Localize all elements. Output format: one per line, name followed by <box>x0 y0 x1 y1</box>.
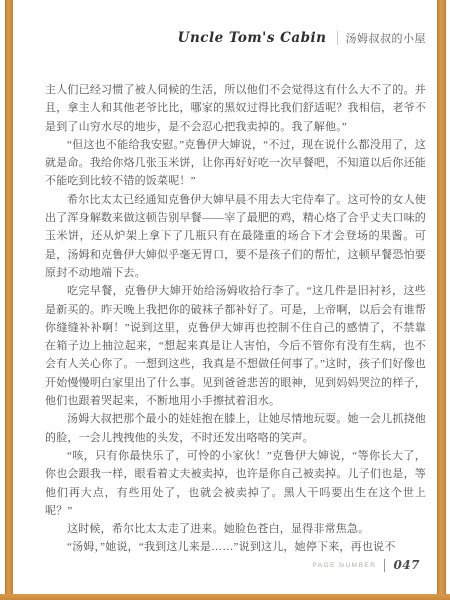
paragraph-1: 主人们已经习惯了被人伺候的生活，所以他们不会觉得这有什么大不了的。并且，拿主人和… <box>45 81 426 136</box>
header-divider <box>337 31 338 45</box>
paragraph-7: 这时候，希尔比太太走了进来。她脸色苍白，显得非常焦急。 <box>45 520 426 538</box>
page-header: Uncle Tom's Cabin 汤姆叔叔的小屋 <box>178 30 426 46</box>
paragraph-4: 吃完早餐，克鲁伊大婶开始给汤姆收拾行李了。“这几件是旧衬衫，这些是新买的。昨天晚… <box>45 282 426 410</box>
page-number-label: PAGE NUMBER <box>312 562 376 569</box>
book-title-english: Uncle Tom's Cabin <box>178 30 327 46</box>
paragraph-2: “但这也不能给我安慰。”克鲁伊大婶说，“不过，现在说什么都没用了，这就是命。我给… <box>45 136 426 191</box>
bottom-border-bar <box>0 594 450 600</box>
paragraph-3: 希尔比太太已经通知克鲁伊大婶早晨不用去大宅侍奉了。这可怜的女人使出了浑身解数来做… <box>45 191 426 282</box>
page-footer: PAGE NUMBER 047 <box>312 558 420 572</box>
book-page: Uncle Tom's Cabin 汤姆叔叔的小屋 主人们已经习惯了被人伺候的生… <box>0 0 450 600</box>
footer-divider <box>384 559 385 572</box>
paragraph-5: 汤姆大叔把那个最小的娃娃抱在膝上，让她尽情地玩耍。她一会儿抓挠他的脸，一会儿拽拽… <box>45 410 426 447</box>
right-border-bar <box>437 0 446 600</box>
book-title-chinese: 汤姆叔叔的小屋 <box>346 30 427 46</box>
paragraph-8: “汤姆，”她说，“我到这儿来是……”说到这儿，她停下来，再也说不 <box>45 538 426 556</box>
body-text: 主人们已经习惯了被人伺候的生活，所以他们不会觉得这有什么大不了的。并且，拿主人和… <box>45 81 426 557</box>
left-border-bar <box>5 0 13 600</box>
paragraph-6: “咳，只有你最快乐了，可怜的小家伙！”克鲁伊大婶说，“等你长大了，你也会跟我一样… <box>45 447 426 520</box>
page-number: 047 <box>393 558 420 572</box>
